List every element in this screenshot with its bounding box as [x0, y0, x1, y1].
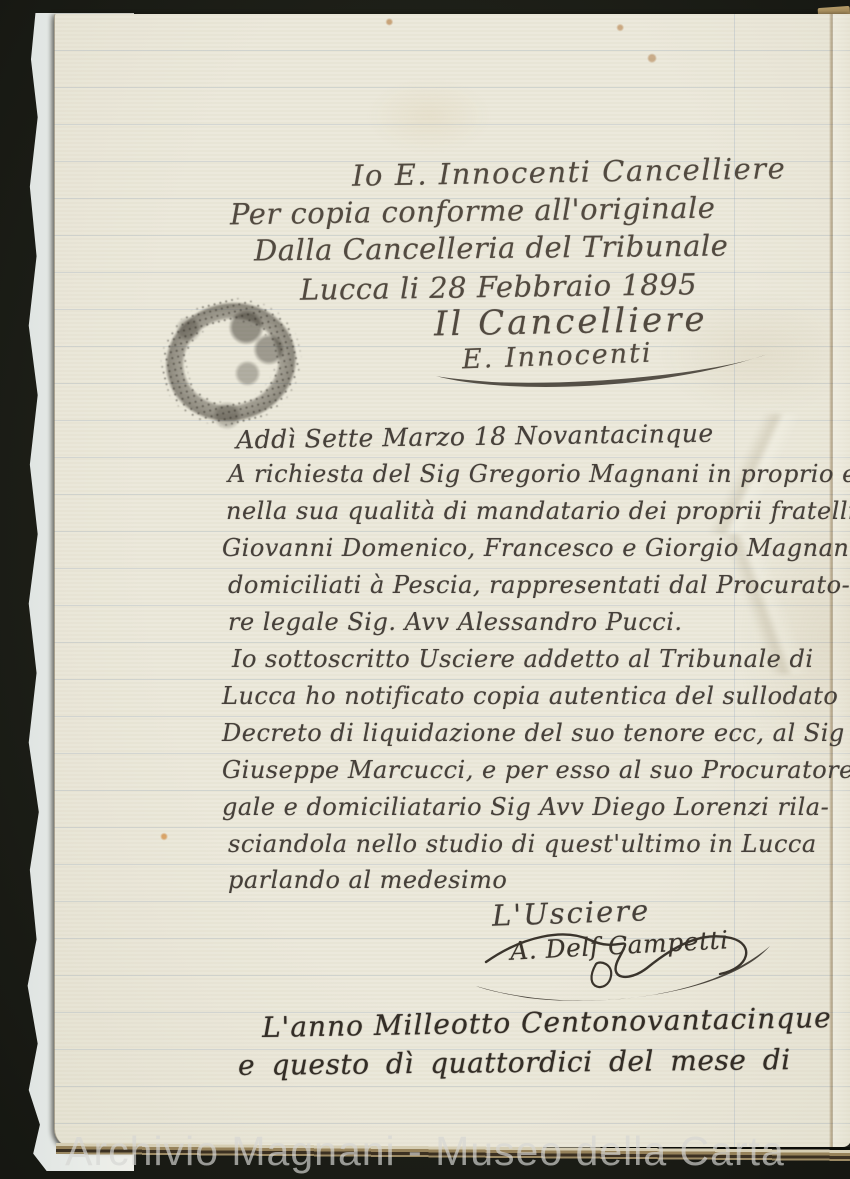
handwritten-line: Lucca ho notificato copia autentica del …	[222, 682, 838, 710]
handwritten-line: sciandola nello studio di quest'ultimo i…	[228, 830, 817, 858]
handwritten-line: e questo dì quattordici del mese di	[238, 1043, 791, 1082]
handwritten-line: re legale Sig. Avv Alessandro Pucci.	[228, 608, 683, 636]
handwritten-line: domiciliati à Pescia, rappresentati dal …	[228, 571, 850, 599]
signature-flourish	[468, 920, 780, 1010]
handwritten-line: parlando al medesimo	[228, 866, 507, 894]
handwritten-line: nella sua qualità di mandatario dei prop…	[226, 497, 850, 525]
handwritten-line: Giovanni Domenico, Francesco e Giorgio M…	[222, 534, 850, 562]
handwritten-line: gale e domiciliatario Sig Avv Diego Lore…	[222, 793, 829, 821]
handwritten-line: A richiesta del Sig Gregorio Magnani in …	[228, 460, 850, 488]
scanned-document-photo: Io E. Innocenti Cancelliere Per copia co…	[0, 0, 850, 1179]
handwritten-line: Dalla Cancelleria del Tribunale	[254, 229, 729, 268]
handwritten-line: Io sottoscritto Usciere addetto al Tribu…	[232, 645, 814, 673]
handwritten-line: Il Cancelliere	[434, 300, 708, 345]
handwritten-line: Decreto di liquidazione del suo tenore e…	[222, 719, 845, 747]
handwritten-line: Giuseppe Marcucci, e per esso al suo Pro…	[222, 756, 850, 784]
signature-flourish	[432, 346, 777, 398]
handwritten-line: Per copia conforme all'originale	[230, 191, 716, 232]
